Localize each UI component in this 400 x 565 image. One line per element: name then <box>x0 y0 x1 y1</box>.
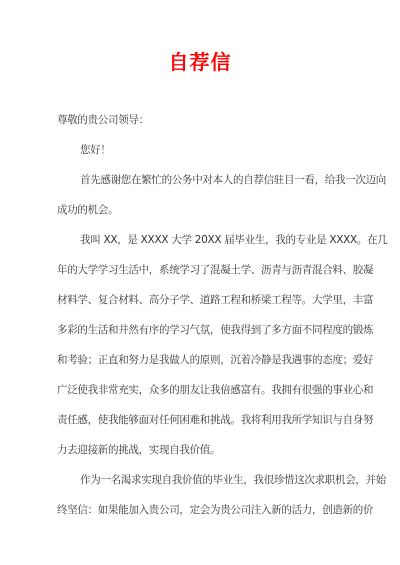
document-title: 自荐信 <box>0 0 400 75</box>
text-line: 责任感，使我能够面对任何困难和挑战。我将利用我所学知识与自身努 <box>57 405 346 435</box>
text-line: 尊敬的贵公司领导： <box>57 105 346 135</box>
text-line: 作为一名渴求实现自我价值的毕业生，我很珍惜这次求职机会，并始 <box>57 465 346 495</box>
text-line: 终坚信：如果能加入贵公司，定会为贵公司注入新的活力，创造新的价 <box>57 495 346 525</box>
text-line: 年的大学学习生活中，系统学习了混凝土学、沥青与沥青混合料、胶凝 <box>57 255 346 285</box>
letter-body: 尊敬的贵公司领导：您好！首先感谢您在繁忙的公务中对本人的自荐信驻目一看，给我一次… <box>57 105 346 525</box>
text-line: 成功的机会。 <box>57 195 346 225</box>
text-line: 首先感谢您在繁忙的公务中对本人的自荐信驻目一看，给我一次迈向 <box>57 165 346 195</box>
text-line: 广泛使我非常充实，众多的朋友让我倍感富有。我拥有很强的事业心和 <box>57 375 346 405</box>
text-line: 力去迎接新的挑战，实现自我价值。 <box>57 435 346 465</box>
text-line: 和考验；正直和努力是我做人的原则，沉着冷静是我遇事的态度；爱好 <box>57 345 346 375</box>
text-line: 多彩的生活和井然有序的学习气氛，使我得到了多方面不同程度的锻炼 <box>57 315 346 345</box>
document-page: 自荐信 尊敬的贵公司领导：您好！首先感谢您在繁忙的公务中对本人的自荐信驻目一看，… <box>0 0 400 565</box>
text-line: 材料学、复合材料、高分子学、道路工程和桥梁工程等。大学里，丰富 <box>57 285 346 315</box>
text-line: 您好！ <box>57 135 346 165</box>
text-line: 我叫 XX，是 XXXX 大学 20XX 届毕业生，我的专业是 XXXX。在几 <box>57 225 346 255</box>
